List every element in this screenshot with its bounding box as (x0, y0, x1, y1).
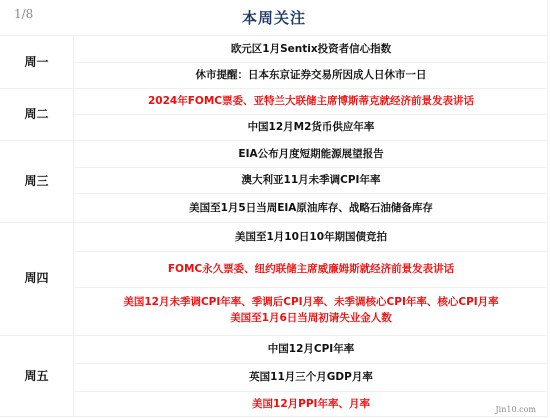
day-label-wednesday: 周三 (0, 140, 73, 222)
event-item: EIA公布月度短期能源展望报告 (74, 146, 548, 162)
event-item: 中国12月CPI年率 (74, 341, 548, 357)
event-item: 英国11月三个月GDP月率 (74, 369, 548, 385)
divider (0, 140, 548, 141)
divider (0, 35, 548, 36)
divider (74, 363, 548, 364)
watermark: Jin10.com (495, 405, 536, 414)
event-item-highlight: 美国12月未季调CPI年率、季调后CPI月率、未季调核心CPI年率、核心CPI月… (74, 294, 548, 310)
divider (74, 167, 548, 168)
event-item: 欧元区1月Sentix投资者信心指数 (74, 41, 548, 57)
divider (74, 114, 548, 115)
day-label-monday: 周一 (0, 36, 73, 88)
day-label-tuesday: 周二 (0, 88, 73, 140)
divider (74, 251, 548, 252)
event-item: 美国至1月10日10年期国债竞拍 (74, 229, 548, 245)
divider (0, 335, 548, 336)
divider (74, 62, 548, 63)
divider (74, 391, 548, 392)
event-item: 澳大利亚11月未季调CPI年率 (74, 172, 548, 188)
event-item: 中国12月M2货币供应年率 (74, 119, 548, 135)
event-item-highlight: 2024年FOMC票委、亚特兰大联储主席博斯蒂克就经济前景发表讲话 (74, 93, 548, 109)
event-item-highlight: 美国至1月6日当周初请失业金人数 (74, 310, 548, 326)
day-label-thursday: 周四 (0, 222, 73, 335)
day-label-friday: 周五 (0, 335, 73, 417)
divider (0, 222, 548, 223)
divider (0, 88, 548, 89)
divider (74, 287, 548, 288)
page-title: 本周关注 (0, 0, 548, 36)
event-item: 休市提醒：日本东京证券交易所因成人日休市一日 (74, 67, 548, 83)
event-item-highlight: 美国12月PPI年率、月率 (74, 396, 548, 412)
event-item: 美国至1月5日当周EIA原油库存、战略石油储备库存 (74, 200, 548, 216)
divider (74, 193, 548, 194)
event-item-highlight: FOMC永久票委、纽约联储主席威廉姆斯就经济前景发表讲话 (74, 261, 548, 277)
